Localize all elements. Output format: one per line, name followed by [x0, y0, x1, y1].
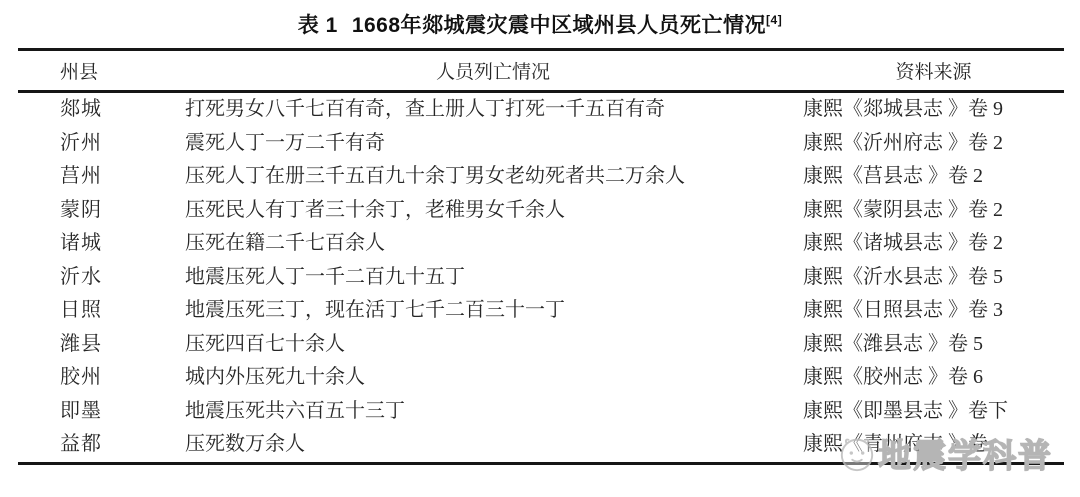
table-row: 潍县 压死四百七十余人 康熙《潍县志 》卷 5	[18, 328, 1064, 362]
table-number-label: 表 1	[298, 14, 338, 37]
table-row: 诸城 压死在籍二千七百余人 康熙《诸城县志 》卷 2	[18, 227, 1064, 261]
cell-region: 蒙阴	[18, 194, 183, 228]
cell-source: 康熙《即墨县志 》卷下	[803, 395, 1064, 429]
casualty-table-container: 州县 人员列亡情况 资料来源 郯城 打死男女八千七百有奇，查上册人丁打死一千五百…	[18, 48, 1064, 465]
cell-region: 诸城	[18, 227, 183, 261]
cell-region: 莒州	[18, 160, 183, 194]
cell-casualties: 压死在籍二千七百余人	[183, 227, 803, 261]
paper-page: 表 11668年郯城震灾震中区域州县人员死亡情况[4] 州县 人员列亡情况 资料…	[0, 0, 1080, 497]
cell-casualties: 地震压死人丁一千二百九十五丁	[183, 261, 803, 295]
table-body: 郯城 打死男女八千七百有奇，查上册人丁打死一千五百有奇 康熙《郯城县志 》卷 9…	[18, 92, 1064, 464]
cell-casualties: 压死数万余人	[183, 428, 803, 463]
cell-source: 康熙《沂州府志 》卷 2	[803, 127, 1064, 161]
casualty-table: 州县 人员列亡情况 资料来源 郯城 打死男女八千七百有奇，查上册人丁打死一千五百…	[18, 48, 1064, 465]
table-row: 沂水 地震压死人丁一千二百九十五丁 康熙《沂水县志 》卷 5	[18, 261, 1064, 295]
cell-source: 康熙《蒙阴县志 》卷 2	[803, 194, 1064, 228]
cell-region: 胶州	[18, 361, 183, 395]
cell-casualties: 城内外压死九十余人	[183, 361, 803, 395]
citation-superscript: [4]	[766, 13, 782, 27]
table-row: 郯城 打死男女八千七百有奇，查上册人丁打死一千五百有奇 康熙《郯城县志 》卷 9	[18, 92, 1064, 127]
cell-casualties: 压死人丁在册三千五百九十余丁男女老幼死者共二万余人	[183, 160, 803, 194]
cell-region: 沂州	[18, 127, 183, 161]
table-row: 胶州 城内外压死九十余人 康熙《胶州志 》卷 6	[18, 361, 1064, 395]
cell-casualties: 震死人丁一万二千有奇	[183, 127, 803, 161]
table-title: 表 11668年郯城震灾震中区域州县人员死亡情况[4]	[0, 9, 1080, 39]
column-header-source: 资料来源	[803, 50, 1064, 92]
table-header: 州县 人员列亡情况 资料来源	[18, 50, 1064, 92]
cell-source: 康熙《潍县志 》卷 5	[803, 328, 1064, 362]
cell-casualties: 地震压死三丁，现在活丁七千二百三十一丁	[183, 294, 803, 328]
cell-region: 益都	[18, 428, 183, 463]
cell-casualties: 地震压死共六百五十三丁	[183, 395, 803, 429]
cell-region: 沂水	[18, 261, 183, 295]
table-row: 沂州 震死人丁一万二千有奇 康熙《沂州府志 》卷 2	[18, 127, 1064, 161]
cell-source: 康熙《诸城县志 》卷 2	[803, 227, 1064, 261]
cell-region: 日照	[18, 294, 183, 328]
cell-source: 康熙《日照县志 》卷 3	[803, 294, 1064, 328]
table-row: 即墨 地震压死共六百五十三丁 康熙《即墨县志 》卷下	[18, 395, 1064, 429]
table-title-text: 1668年郯城震灾震中区域州县人员死亡情况	[352, 14, 766, 37]
cell-region: 即墨	[18, 395, 183, 429]
cell-casualties: 压死民人有丁者三十余丁，老稚男女千余人	[183, 194, 803, 228]
table-row: 蒙阴 压死民人有丁者三十余丁，老稚男女千余人 康熙《蒙阴县志 》卷 2	[18, 194, 1064, 228]
cell-source: 康熙《青州府志 》卷	[803, 428, 1064, 463]
cell-casualties: 压死四百七十余人	[183, 328, 803, 362]
cell-source: 康熙《郯城县志 》卷 9	[803, 92, 1064, 127]
cell-casualties: 打死男女八千七百有奇，查上册人丁打死一千五百有奇	[183, 92, 803, 127]
column-header-casualties: 人员列亡情况	[183, 50, 803, 92]
cell-source: 康熙《胶州志 》卷 6	[803, 361, 1064, 395]
header-row: 州县 人员列亡情况 资料来源	[18, 50, 1064, 92]
cell-source: 康熙《莒县志 》卷 2	[803, 160, 1064, 194]
cell-region: 郯城	[18, 92, 183, 127]
column-header-region: 州县	[18, 50, 183, 92]
table-row: 益都 压死数万余人 康熙《青州府志 》卷	[18, 428, 1064, 463]
cell-source: 康熙《沂水县志 》卷 5	[803, 261, 1064, 295]
cell-region: 潍县	[18, 328, 183, 362]
table-row: 日照 地震压死三丁，现在活丁七千二百三十一丁 康熙《日照县志 》卷 3	[18, 294, 1064, 328]
table-row: 莒州 压死人丁在册三千五百九十余丁男女老幼死者共二万余人 康熙《莒县志 》卷 2	[18, 160, 1064, 194]
